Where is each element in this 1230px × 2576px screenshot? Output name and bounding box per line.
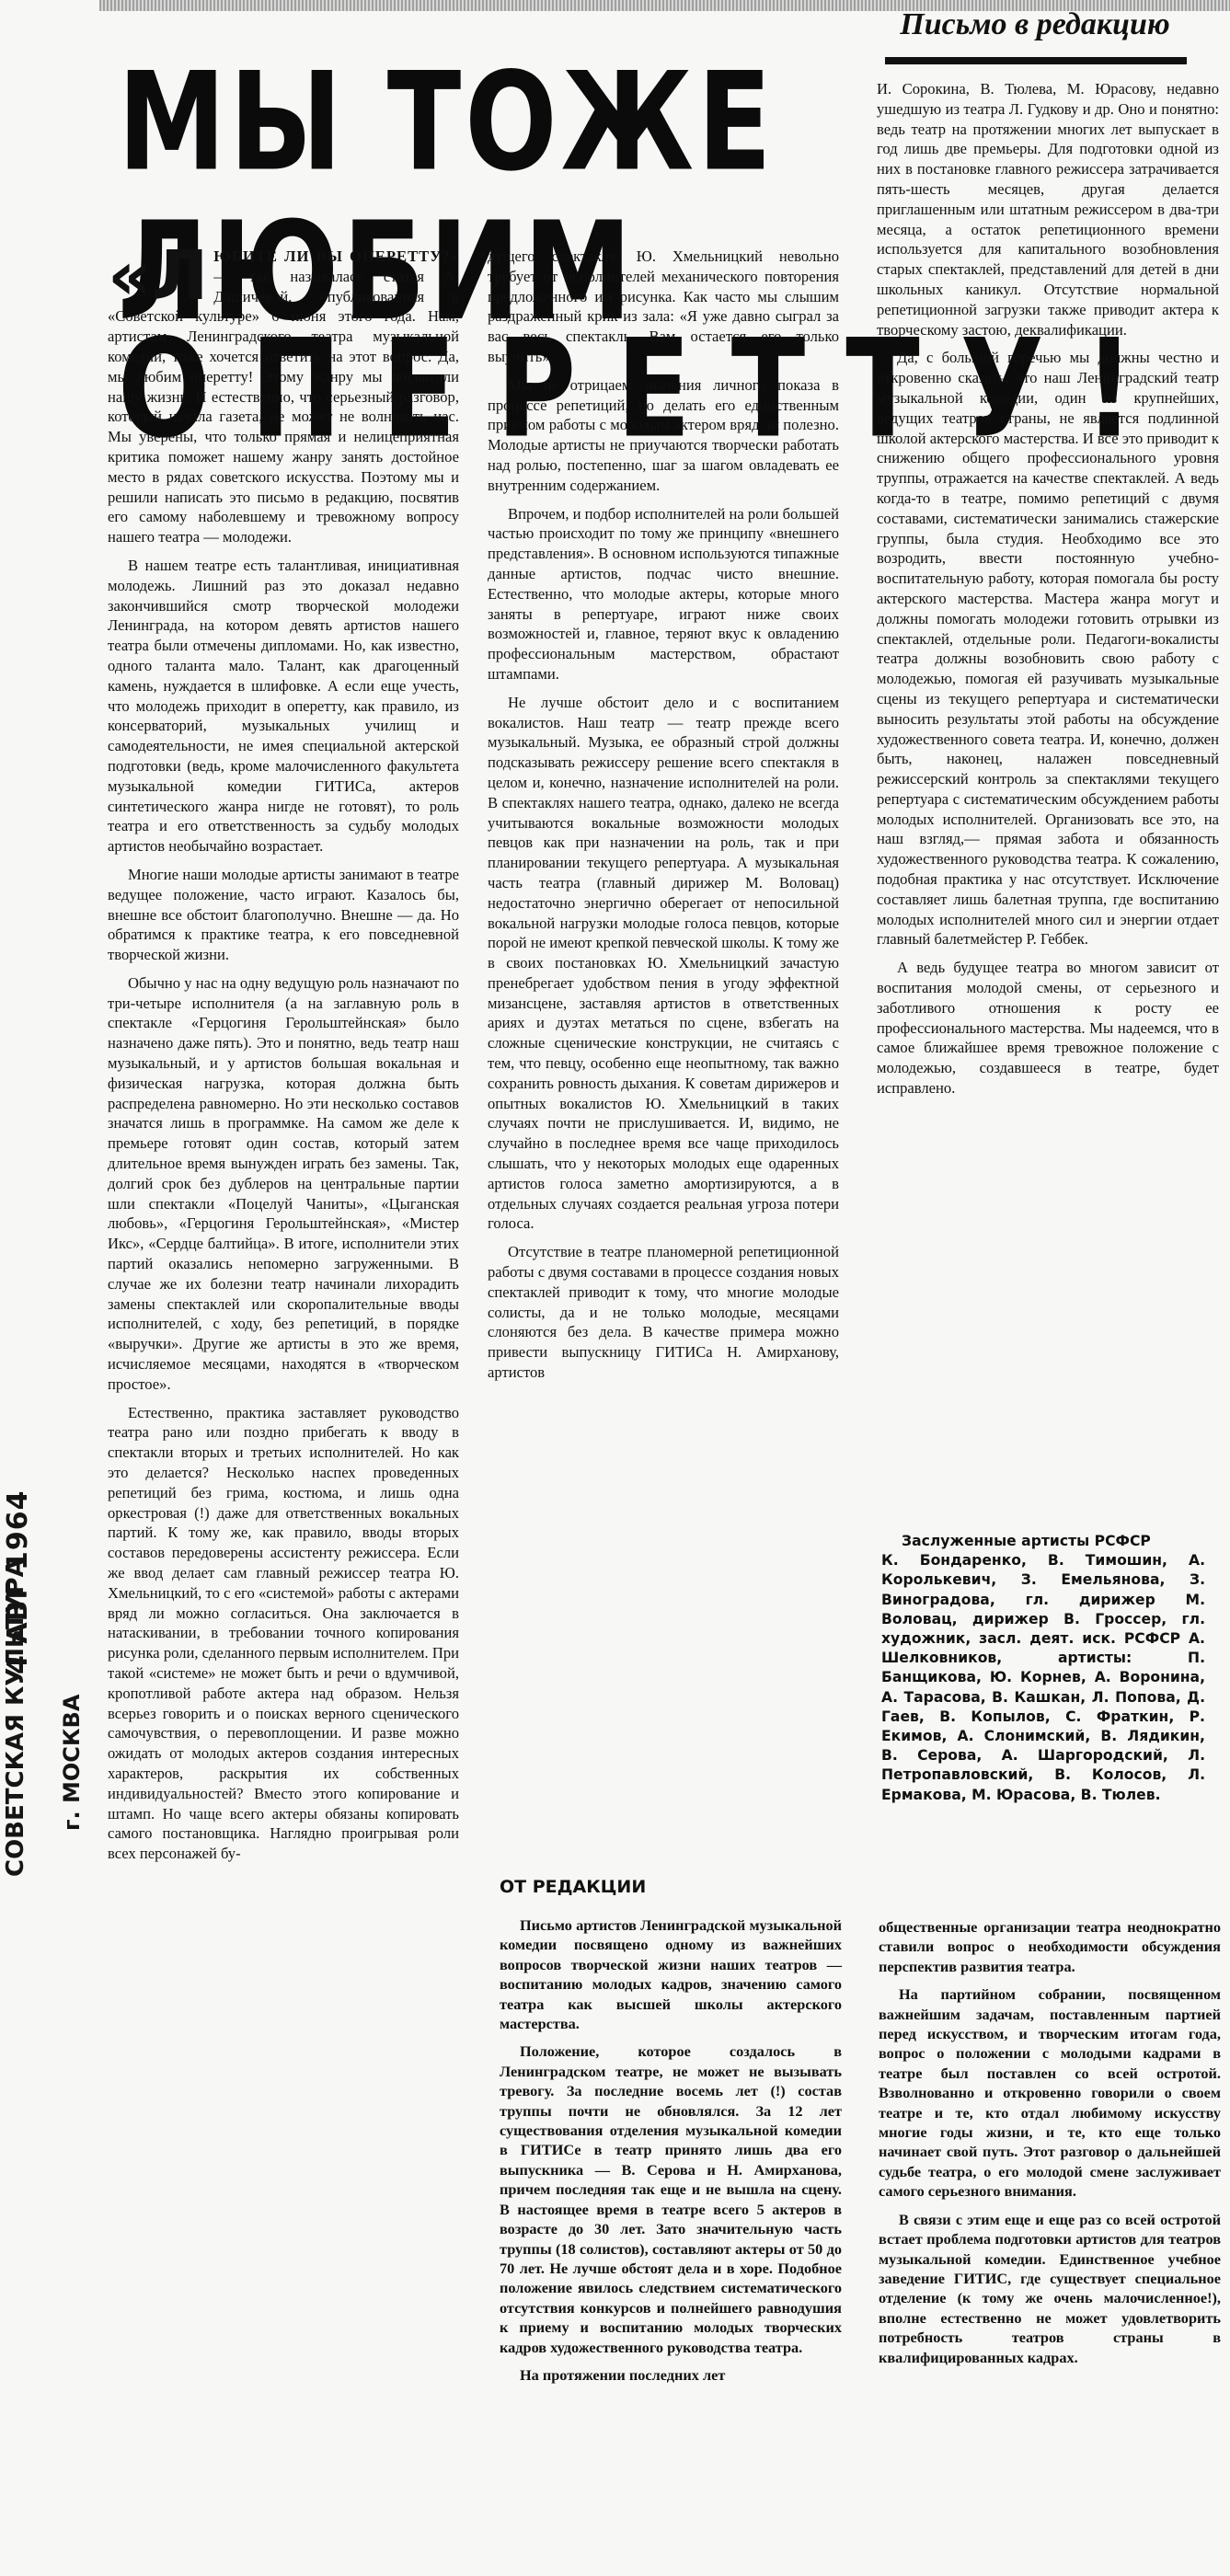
rubric-underline xyxy=(885,57,1187,64)
city-stamp: г. МОСКВА xyxy=(59,1739,85,1831)
paragraph: Отсутствие в театре планомерной репетици… xyxy=(488,1242,839,1383)
editorial-heading: ОТ РЕДАКЦИИ xyxy=(500,1877,840,1897)
paragraph: Многие наши молодые артисты занимают в т… xyxy=(108,865,459,965)
paragraph: В связи с этим еще и еще раз со всей ост… xyxy=(879,2210,1221,2367)
paragraph: общественные организации театра неоднокр… xyxy=(879,1917,1221,1976)
signatures-names: К. Бондаренко, В. Тимошин, А. Королькеви… xyxy=(881,1552,1205,1802)
paragraph: На протяжении последних лет xyxy=(500,2365,842,2385)
paragraph: В нашем театре есть талантливая, инициат… xyxy=(108,556,459,857)
drop-cap: «Л xyxy=(108,248,208,304)
paragraph: Положение, которое создалось в Ленинград… xyxy=(500,2041,842,2357)
article-column-3: И. Сорокина, В. Тюлева, М. Юрасову, неда… xyxy=(877,79,1219,1107)
paragraph: А ведь будущее театра во многом зависит … xyxy=(877,958,1219,1098)
editorial-column-2: общественные организации театра неоднокр… xyxy=(879,1917,1221,2375)
signatures-block: Заслуженные артисты РСФСР К. Бондаренко,… xyxy=(881,1532,1205,1805)
section-rubric: Письмо в редакцию xyxy=(879,7,1191,42)
newspaper-name-stamp: СОВЕТСКАЯ КУЛЬТУРА xyxy=(2,1785,29,1877)
article-column-2: дущего спектакля, Ю. Хмельницкий невольн… xyxy=(488,247,839,1391)
paragraph: Мы не отрицаем значения личного показа в… xyxy=(488,375,839,496)
editorial-column-1: Письмо артистов Ленинградской музыкально… xyxy=(500,1915,842,2393)
paragraph: Не лучше обстоит дело и с воспитанием во… xyxy=(488,693,839,1235)
paragraph: Обычно у нас на одну ведущую роль назнач… xyxy=(108,973,459,1395)
lead-caps: ЮБИТЕ ЛИ ВЫ ОПЕРЕТТУ?» xyxy=(213,247,459,265)
paragraph: И. Сорокина, В. Тюлева, М. Юрасову, неда… xyxy=(877,79,1219,339)
paragraph: дущего спектакля, Ю. Хмельницкий невольн… xyxy=(488,247,839,367)
paragraph: Впрочем, и подбор исполнителей на роли б… xyxy=(488,504,839,684)
paragraph: Письмо артистов Ленинградской музыкально… xyxy=(500,1915,842,2033)
paragraph: Естественно, практика заставляет руковод… xyxy=(108,1403,459,1864)
lead-paragraph: «ЛЮБИТЕ ЛИ ВЫ ОПЕРЕТТУ?» — так называлас… xyxy=(108,247,459,547)
paragraph: На партийном собрании, посвященном важне… xyxy=(879,1984,1221,2201)
article-column-1: «ЛЮБИТЕ ЛИ ВЫ ОПЕРЕТТУ?» — так называлас… xyxy=(108,247,459,1872)
signatures-lead: Заслуженные артисты РСФСР xyxy=(881,1532,1205,1551)
paragraph: Да, с большой горечью мы должны честно и… xyxy=(877,348,1219,949)
